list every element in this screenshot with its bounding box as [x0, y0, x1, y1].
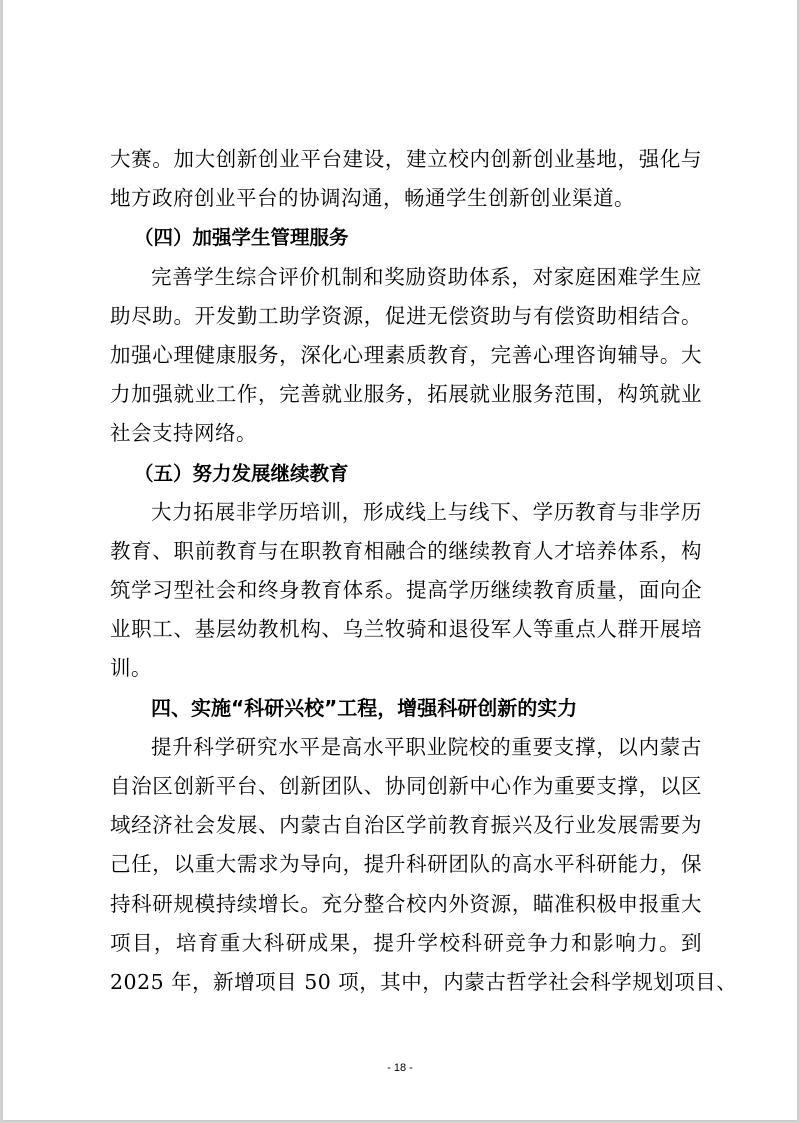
text-line: 提升科学研究水平是高水平职业院校的重要支撑，以内蒙古	[110, 728, 702, 767]
document-page: 大赛。加大创新创业平台建设，建立校内创新创业基地，强化与 地方政府创业平台的协调…	[3, 0, 797, 1120]
text-line: 加强心理健康服务，深化心理素质教育，完善心理咨询辅导。大	[110, 336, 702, 375]
text-line: 持科研规模持续增长。充分整合校内外资源，瞄准积极申报重大	[110, 885, 702, 924]
text-line: 大力拓展非学历培训，形成线上与线下、学历教育与非学历	[110, 493, 702, 532]
subheading-strengthen-student-services: （四）加强学生管理服务	[110, 218, 702, 257]
text-line: 2025 年，新增项目 50 项，其中，内蒙古哲学社会科学规划项目、	[110, 963, 702, 1002]
text-line: 业职工、基层幼教机构、乌兰牧骑和退役军人等重点人群开展培	[110, 610, 702, 649]
page-content: 大赛。加大创新创业平台建设，建立校内创新创业基地，强化与 地方政府创业平台的协调…	[110, 140, 702, 1002]
text-line: 完善学生综合评价机制和奖励资助体系，对家庭困难学生应	[110, 258, 702, 297]
heading-research-project: 四、实施“科研兴校”工程，增强科研创新的实力	[110, 689, 702, 728]
paragraph-continuing-education: 大力拓展非学历培训，形成线上与线下、学历教育与非学历 教育、职前教育与在职教育相…	[110, 493, 702, 689]
text-line: 地方政府创业平台的协调沟通，畅通学生创新创业渠道。	[110, 179, 702, 218]
subheading-continuing-education: （五）努力发展继续教育	[110, 454, 702, 493]
paragraph-student-services: 完善学生综合评价机制和奖励资助体系，对家庭困难学生应 助尽助。开发勤工助学资源，…	[110, 258, 702, 454]
text-line: 筑学习型社会和终身教育体系。提高学历继续教育质量，面向企	[110, 571, 702, 610]
text-line: 社会支持网络。	[110, 414, 702, 453]
page-number: - 18 -	[3, 1062, 797, 1074]
paragraph-continuation: 大赛。加大创新创业平台建设，建立校内创新创业基地，强化与 地方政府创业平台的协调…	[110, 140, 702, 218]
text-line: 教育、职前教育与在职教育相融合的继续教育人才培养体系，构	[110, 532, 702, 571]
text-line: 训。	[110, 649, 702, 688]
text-line: 力加强就业工作，完善就业服务，拓展就业服务范围，构筑就业	[110, 375, 702, 414]
text-line: 己任，以重大需求为导向，提升科研团队的高水平科研能力，保	[110, 845, 702, 884]
text-line: 自治区创新平台、创新团队、协同创新中心作为重要支撑，以区	[110, 767, 702, 806]
text-line: 大赛。加大创新创业平台建设，建立校内创新创业基地，强化与	[110, 140, 702, 179]
text-line: 助尽助。开发勤工助学资源，促进无偿资助与有偿资助相结合。	[110, 297, 702, 336]
paragraph-research: 提升科学研究水平是高水平职业院校的重要支撑，以内蒙古 自治区创新平台、创新团队、…	[110, 728, 702, 1002]
text-line: 项目，培育重大科研成果，提升学校科研竞争力和影响力。到	[110, 924, 702, 963]
text-line: 域经济社会发展、内蒙古自治区学前教育振兴及行业发展需要为	[110, 806, 702, 845]
